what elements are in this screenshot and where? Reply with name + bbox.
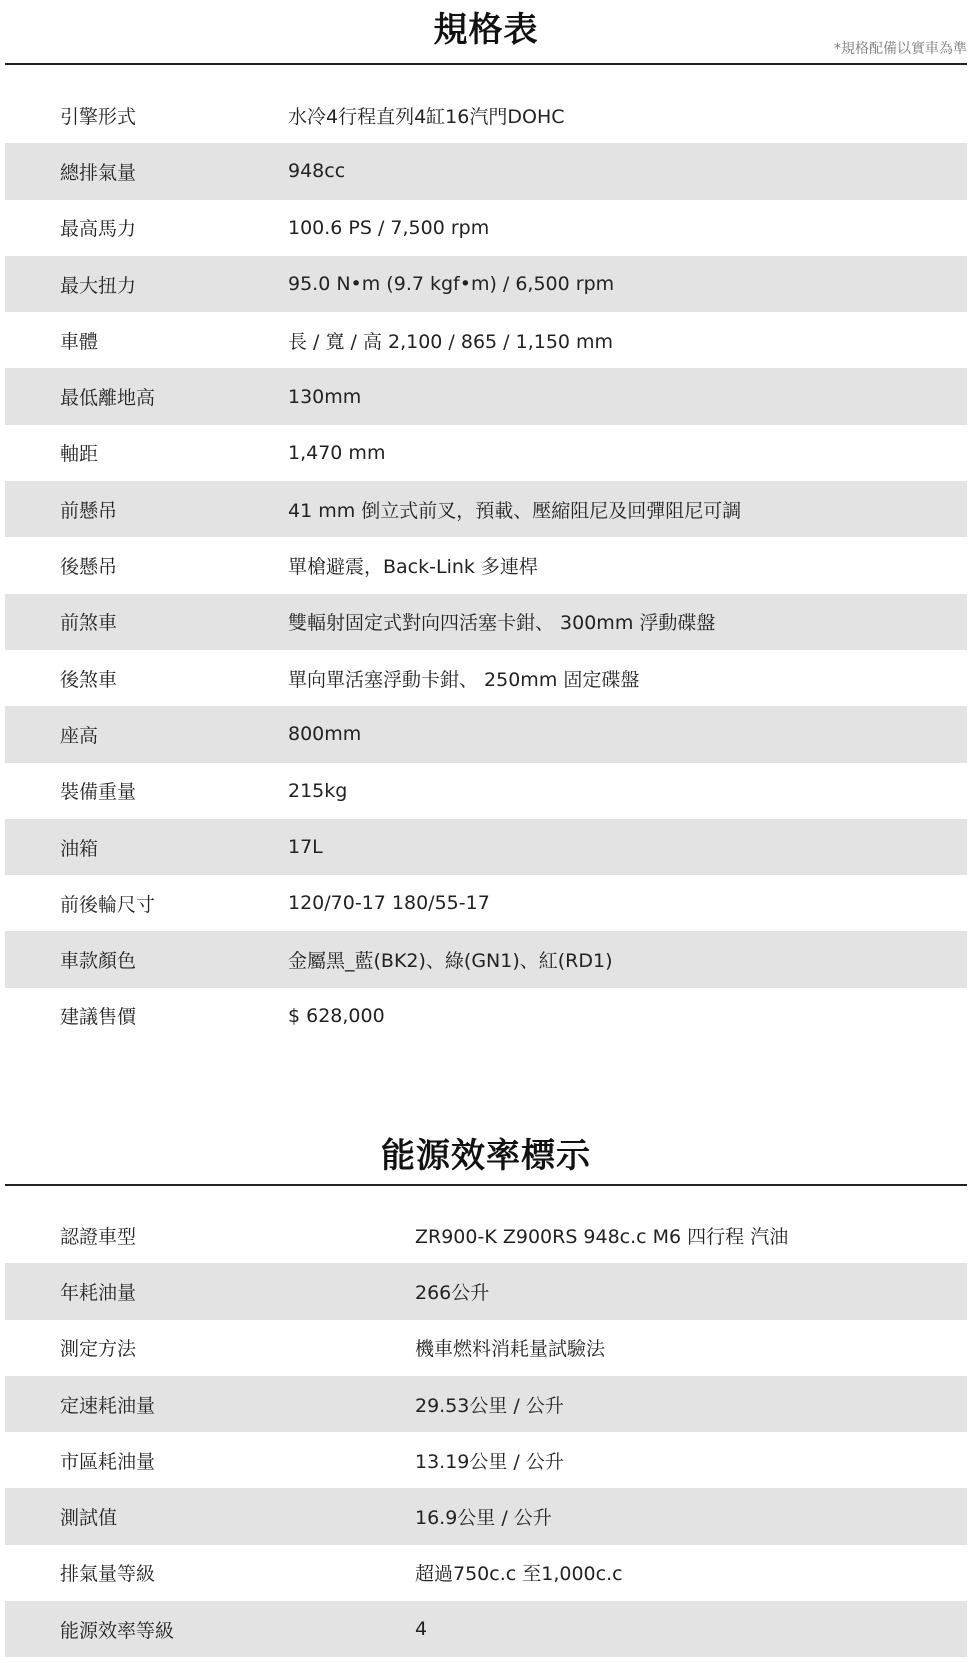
spec-disclaimer-note: *規格配備以實車為準 xyxy=(834,40,967,58)
row-value: 13.19公里 / 公升 xyxy=(415,1447,564,1474)
row-label: 市區耗油量 xyxy=(5,1447,415,1474)
row-label: 建議售價 xyxy=(5,1002,288,1029)
row-label: 總排氣量 xyxy=(5,158,288,185)
row-value: 超過750c.c 至1,000c.c xyxy=(415,1559,623,1586)
energy-row: 排氣量等級超過750c.c 至1,000c.c xyxy=(5,1545,967,1601)
spec-row: 車款顏色金屬黑_藍(BK2)、綠(GN1)、紅(RD1) xyxy=(5,931,967,987)
spec-header: 規格表 *規格配備以實車為準 xyxy=(5,0,967,66)
spec-row: 後懸吊單槍避震，Back-Link 多連桿 xyxy=(5,537,967,593)
row-label: 引擎形式 xyxy=(5,102,288,129)
row-label: 前懸吊 xyxy=(5,496,288,523)
row-value: 130mm xyxy=(288,386,361,408)
energy-row: 年耗油量266公升 xyxy=(5,1263,967,1319)
spec-row: 油箱17L xyxy=(5,819,967,875)
row-label: 車款顏色 xyxy=(5,946,288,973)
row-value: 4 xyxy=(415,1618,427,1640)
row-value: 1,470 mm xyxy=(288,442,385,464)
row-value: 29.53公里 / 公升 xyxy=(415,1391,564,1418)
row-value: 100.6 PS / 7,500 rpm xyxy=(288,217,489,239)
row-value: ZR900-K Z900RS 948c.c M6 四行程 汽油 xyxy=(415,1222,788,1249)
row-value: 800mm xyxy=(288,723,361,745)
row-value: 17L xyxy=(288,836,323,858)
energy-efficiency-table: 認證車型ZR900-K Z900RS 948c.c M6 四行程 汽油年耗油量2… xyxy=(5,1207,967,1657)
spec-row: 後煞車單向單活塞浮動卡鉗、 250mm 固定碟盤 xyxy=(5,650,967,706)
row-value: 215kg xyxy=(288,780,347,802)
row-value: 266公升 xyxy=(415,1278,489,1305)
row-value: 16.9公里 / 公升 xyxy=(415,1503,552,1530)
spec-row: 引擎形式水冷4行程直列4缸16汽門DOHC xyxy=(5,87,967,143)
row-label: 油箱 xyxy=(5,834,288,861)
energy-row: 定速耗油量29.53公里 / 公升 xyxy=(5,1376,967,1432)
row-value: 雙輻射固定式對向四活塞卡鉗、 300mm 浮動碟盤 xyxy=(288,608,715,635)
row-value: 長 / 寬 / 高 2,100 / 865 / 1,150 mm xyxy=(288,327,613,354)
spec-row: 裝備重量215kg xyxy=(5,763,967,819)
row-label: 前煞車 xyxy=(5,608,288,635)
spec-row: 前後輪尺寸120/70-17 180/55-17 xyxy=(5,875,967,931)
energy-row: 測試值16.9公里 / 公升 xyxy=(5,1488,967,1544)
spec-row: 最高馬力100.6 PS / 7,500 rpm xyxy=(5,200,967,256)
energy-row: 測定方法機車燃料消耗量試驗法 xyxy=(5,1320,967,1376)
spec-row: 最低離地高130mm xyxy=(5,368,967,424)
row-value: 單向單活塞浮動卡鉗、 250mm 固定碟盤 xyxy=(288,665,639,692)
row-label: 定速耗油量 xyxy=(5,1391,415,1418)
row-label: 認證車型 xyxy=(5,1222,415,1249)
spec-row: 建議售價$ 628,000 xyxy=(5,988,967,1044)
row-label: 裝備重量 xyxy=(5,777,288,804)
row-label: 後煞車 xyxy=(5,665,288,692)
row-label: 車體 xyxy=(5,327,288,354)
spec-table: 引擎形式水冷4行程直列4缸16汽門DOHC總排氣量948cc最高馬力100.6 … xyxy=(5,87,967,1044)
spec-row: 車體長 / 寬 / 高 2,100 / 865 / 1,150 mm xyxy=(5,312,967,368)
energy-header: 能源效率標示 xyxy=(5,1120,967,1190)
spec-row: 軸距1,470 mm xyxy=(5,425,967,481)
energy-row: 能源效率等級4 xyxy=(5,1601,967,1657)
row-value: $ 628,000 xyxy=(288,1005,385,1027)
spec-divider xyxy=(5,63,967,65)
energy-divider xyxy=(5,1184,967,1186)
row-label: 排氣量等級 xyxy=(5,1559,415,1586)
row-label: 測定方法 xyxy=(5,1334,415,1361)
energy-row: 市區耗油量13.19公里 / 公升 xyxy=(5,1432,967,1488)
row-label: 最低離地高 xyxy=(5,383,288,410)
spec-row: 總排氣量948cc xyxy=(5,143,967,199)
row-value: 948cc xyxy=(288,160,345,182)
row-label: 最大扭力 xyxy=(5,271,288,298)
row-label: 最高馬力 xyxy=(5,214,288,241)
spec-row: 最大扭力95.0 N•m (9.7 kgf•m) / 6,500 rpm xyxy=(5,256,967,312)
row-label: 年耗油量 xyxy=(5,1278,415,1305)
spec-row: 前煞車雙輻射固定式對向四活塞卡鉗、 300mm 浮動碟盤 xyxy=(5,594,967,650)
spec-title: 規格表 xyxy=(5,10,967,50)
row-label: 後懸吊 xyxy=(5,552,288,579)
row-value: 單槍避震，Back-Link 多連桿 xyxy=(288,552,538,579)
energy-row: 認證車型ZR900-K Z900RS 948c.c M6 四行程 汽油 xyxy=(5,1207,967,1263)
row-label: 測試值 xyxy=(5,1503,415,1530)
row-label: 軸距 xyxy=(5,439,288,466)
row-value: 95.0 N•m (9.7 kgf•m) / 6,500 rpm xyxy=(288,273,614,295)
row-value: 機車燃料消耗量試驗法 xyxy=(415,1334,605,1361)
spec-row: 前懸吊41 mm 倒立式前叉，預載、壓縮阻尼及回彈阻尼可調 xyxy=(5,481,967,537)
row-label: 前後輪尺寸 xyxy=(5,890,288,917)
row-value: 41 mm 倒立式前叉，預載、壓縮阻尼及回彈阻尼可調 xyxy=(288,496,741,523)
row-label: 能源效率等級 xyxy=(5,1616,415,1643)
row-label: 座高 xyxy=(5,721,288,748)
row-value: 水冷4行程直列4缸16汽門DOHC xyxy=(288,102,565,129)
row-value: 金屬黑_藍(BK2)、綠(GN1)、紅(RD1) xyxy=(288,946,613,973)
energy-title: 能源效率標示 xyxy=(5,1136,967,1176)
row-value: 120/70-17 180/55-17 xyxy=(288,892,490,914)
spec-row: 座高800mm xyxy=(5,706,967,762)
